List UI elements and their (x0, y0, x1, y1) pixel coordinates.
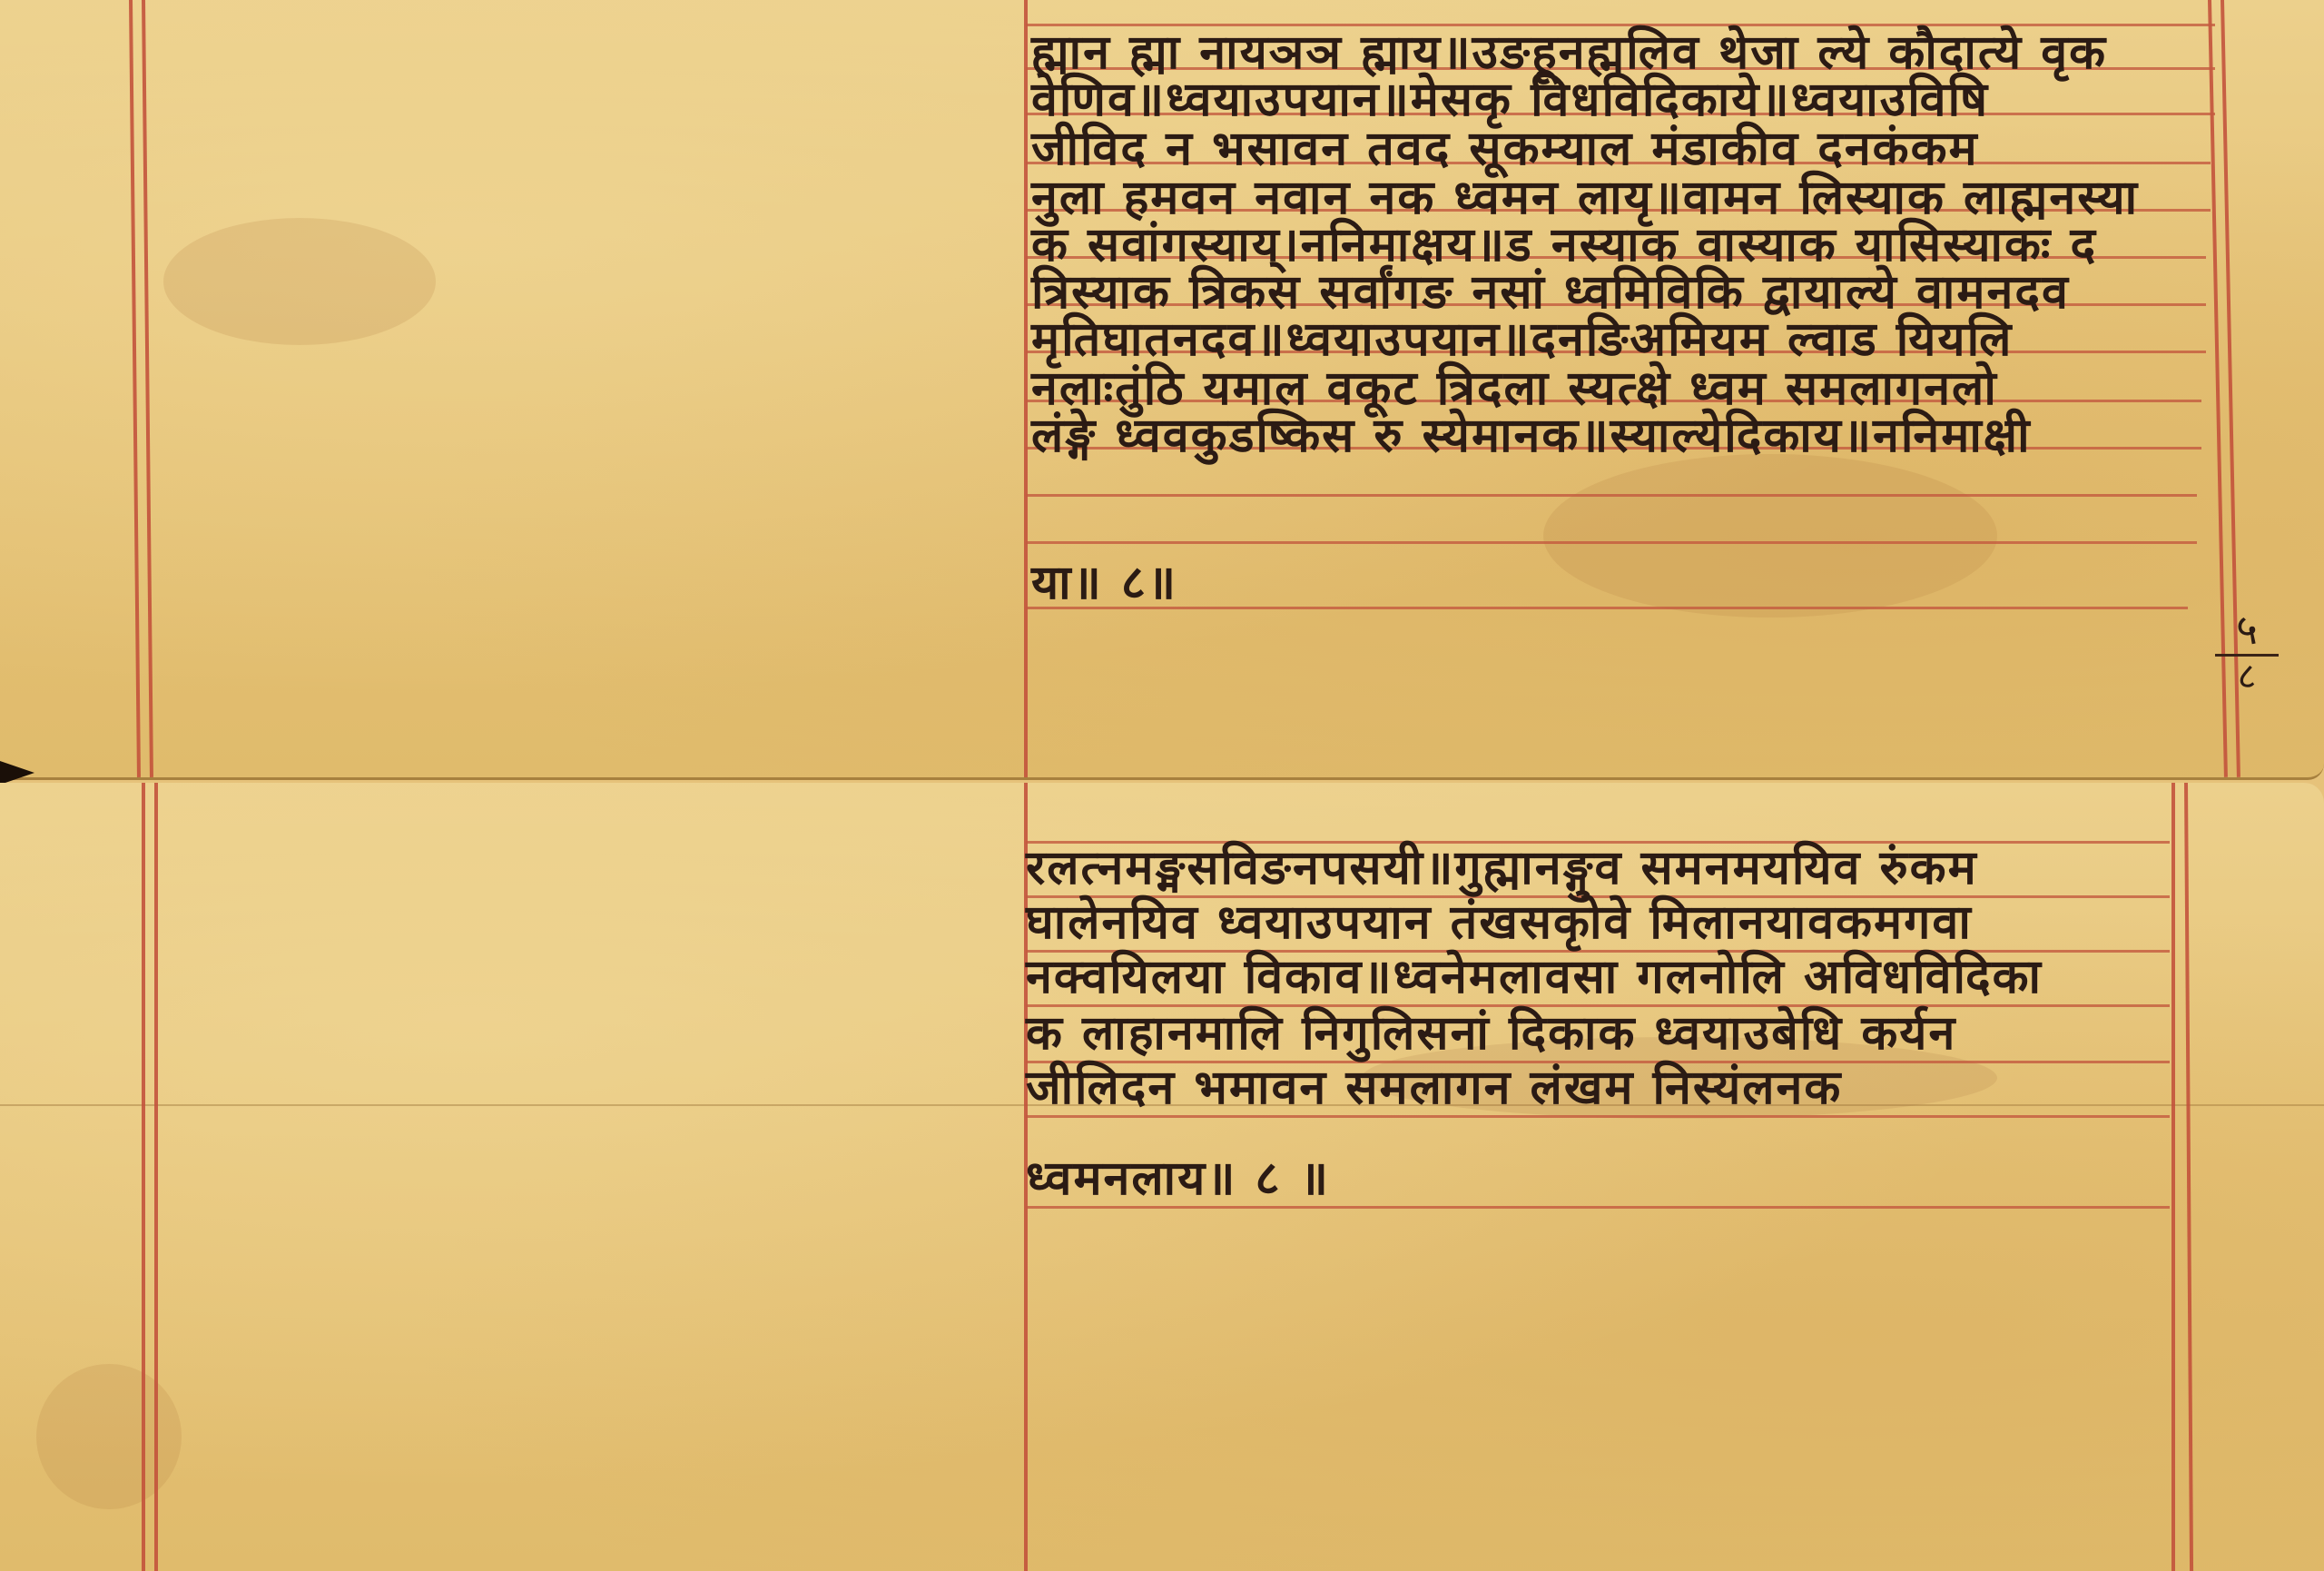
manuscript-line: जीलिदन भमावन समलागन लंखम निस्यंलनक (1026, 1053, 1842, 1118)
folio-number-denominator: ८ (2215, 657, 2279, 695)
bottom-folio-text: रलत्नमङ्मसविङनपसयी॥गुह्मानङ्गुव समनमययिव… (1026, 783, 2179, 1237)
left-margin-rule-inner (142, 0, 153, 777)
folio-number: ५ ८ (2215, 608, 2279, 695)
left-margin-rule-outer (129, 0, 141, 777)
top-folio: ह्मान ह्मा नायञञ ह्माय॥उङहूनह्मलिव थेजा … (0, 0, 2324, 780)
manuscript-line-final: या॥ ८॥ (1031, 548, 1177, 613)
left-margin-rule-outer (142, 783, 145, 1571)
manuscript-line: नक्वयिलया विकाव॥ध्वनेमलावसा गलनोलि अविधव… (1026, 943, 2043, 1007)
paper-stain (36, 1364, 182, 1509)
top-folio-text: ह्मान ह्मा नायञञ ह्माय॥उङहूनह्मलिव थेजा … (1031, 0, 2211, 654)
folio-number-numerator: ५ (2215, 608, 2279, 657)
bottom-folio: रलत्नमङ्मसविङनपसयी॥गुह्मानङ्गुव समनमययिव… (0, 783, 2324, 1571)
text-column-left-rule (1024, 0, 1028, 777)
right-margin-rule-inner (2184, 783, 2193, 1571)
manuscript-line-final: ध्वमनलाय॥ ८ ॥ (1026, 1144, 1330, 1209)
left-margin-rule-inner (154, 783, 158, 1571)
manuscript-line: लंङ्गे ध्ववकुडष्किस रु स्येमानक॥स्याल्ये… (1031, 401, 2032, 466)
paper-stain (163, 218, 436, 345)
